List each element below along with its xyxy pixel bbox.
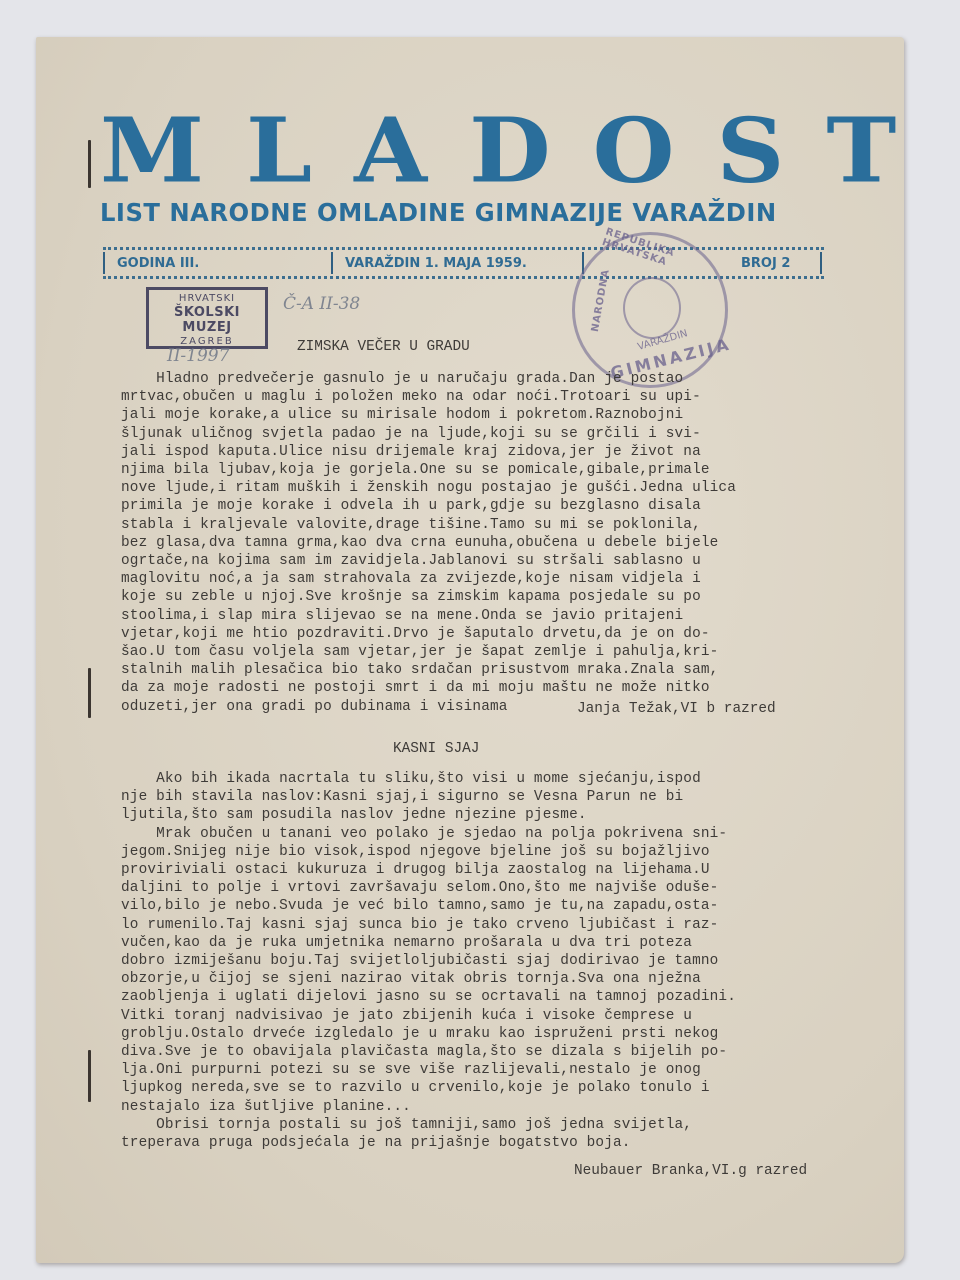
body-line: nestajalo iza šutljive planine...: [121, 1098, 736, 1116]
body-line: groblju.Ostalo drveće izgledalo je u mra…: [121, 1025, 736, 1043]
body-line: Mrak obučen u tanani veo polako je sjeda…: [121, 825, 736, 843]
body-line: proviriviali ostaci kukuruza i drugog bi…: [121, 861, 736, 879]
body-line: jali moje korake,a ulice su mirisale hod…: [121, 406, 736, 424]
body-line: nove ljude,i ritam muških i ženskih nogu…: [121, 479, 736, 497]
staple-bottom: [88, 1050, 91, 1102]
body-line: Ako bih ikada nacrtala tu sliku,što visi…: [121, 770, 736, 788]
masthead-subtitle: LIST NARODNE OMLADINE GIMNAZIJE VARAŽDIN: [100, 198, 808, 227]
body-line: koje su zeble u njoj.Sve krošnje sa zims…: [121, 588, 736, 606]
info-bar-divider: [331, 252, 333, 274]
issue-label: BROJ 2: [741, 256, 790, 271]
school-seal-stamp: REPUBLIKA HRVATSKA NARODNA VARAŽDIN GIMN…: [572, 232, 728, 388]
pencil-catalog-note: Č-A II-38: [283, 294, 360, 314]
year-label: GODINA III.: [117, 256, 199, 271]
body-line: stabla i kraljevale valovite,drage tišin…: [121, 516, 736, 534]
article-title: KASNI SJAJ: [393, 741, 479, 757]
body-line: šljunak uličnog svjetla padao je na ljud…: [121, 425, 736, 443]
article-body: Hladno predvečerje gasnulo je u naručaju…: [121, 370, 736, 716]
body-line: mrtvac,obučen u maglu i položen meko na …: [121, 388, 736, 406]
pencil-inventory-note: II-1997: [167, 346, 229, 366]
seal-ring-left-text: NARODNA: [590, 268, 612, 333]
article-signature: Neubauer Branka,VI.g razred: [574, 1163, 807, 1179]
place-date-label: VARAŽDIN 1. MAJA 1959.: [345, 256, 527, 271]
info-bar-divider: [103, 252, 105, 274]
museum-stamp-line1: HRVATSKI: [149, 293, 265, 304]
body-line: obzorje,u čijoj se sjeni nazirao vitak o…: [121, 970, 736, 988]
body-line: stalnih malih plesačica bio tako srdačan…: [121, 661, 736, 679]
body-line: da za moje radosti ne postoji smrt i da …: [121, 679, 736, 697]
body-line: bez glasa,dva tamna grma,kao dva crna eu…: [121, 534, 736, 552]
article-signature: Janja Težak,VI b razred: [577, 701, 776, 717]
museum-stamp: HRVATSKI ŠKOLSKI MUZEJ ZAGREB: [146, 287, 268, 349]
body-line: zaobljenja i uglati dijelovi jasno su se…: [121, 988, 736, 1006]
body-line: Hladno predvečerje gasnulo je u naručaju…: [121, 370, 736, 388]
article-body: Ako bih ikada nacrtala tu sliku,što visi…: [121, 770, 736, 1152]
body-line: nje bih stavila naslov:Kasni sjaj,i sigu…: [121, 788, 736, 806]
body-line: primila je moje korake i odvela ih u par…: [121, 497, 736, 515]
body-line: vučen,kao da je ruka umjetnika nemarno p…: [121, 934, 736, 952]
body-line: lja.Oni purpurni potezi su se sve više r…: [121, 1061, 736, 1079]
body-line: njima bila ljubav,koja je gorjela.One su…: [121, 461, 736, 479]
body-line: daljini to polje i vrtovi završavaju sel…: [121, 879, 736, 897]
body-line: ljutila,što sam posudila naslov jedne nj…: [121, 806, 736, 824]
museum-stamp-line2: ŠKOLSKI MUZEJ: [149, 305, 265, 335]
info-bar-divider: [820, 252, 822, 274]
body-line: ogrtače,na kojima sam im zavidjela.Jabla…: [121, 552, 736, 570]
body-line: stoolima,i slap mira slijevao se na mene…: [121, 607, 736, 625]
staple-middle: [88, 668, 91, 718]
article-title: ZIMSKA VEČER U GRADU: [297, 339, 470, 355]
masthead-title: MLADOST: [100, 107, 830, 194]
body-line: diva.Sve je to obavijala plavičasta magl…: [121, 1043, 736, 1061]
body-line: jegom.Snijeg nije bio visok,ispod njegov…: [121, 843, 736, 861]
body-line: vjetar,koji me htio pozdraviti.Drvo je š…: [121, 625, 736, 643]
coat-of-arms-icon: [623, 277, 681, 339]
body-line: šao.U tom času voljela sam vjetar,jer je…: [121, 643, 736, 661]
body-line: Vitki toranj nadvisivao je jato zbijenih…: [121, 1007, 736, 1025]
body-line: maglovitu noć,a ja sam strahovala za zvi…: [121, 570, 736, 588]
body-line: lo rumenilo.Taj kasni sjaj sunca bio je …: [121, 916, 736, 934]
body-line: ljupkog nereda,sve se to razvilo u crven…: [121, 1079, 736, 1097]
body-line: treperava pruga podsjećala je na prijašn…: [121, 1134, 736, 1152]
body-line: jali ispod kaputa.Ulice nisu drijemale k…: [121, 443, 736, 461]
body-line: dobro izmiješanu boju.Taj svijetloljubič…: [121, 952, 736, 970]
staple-top: [88, 140, 91, 188]
body-line: Obrisi tornja postali su još tamniji,sam…: [121, 1116, 736, 1134]
body-line: vilo,bilo je nebo.Svuda je već bilo tamn…: [121, 897, 736, 915]
